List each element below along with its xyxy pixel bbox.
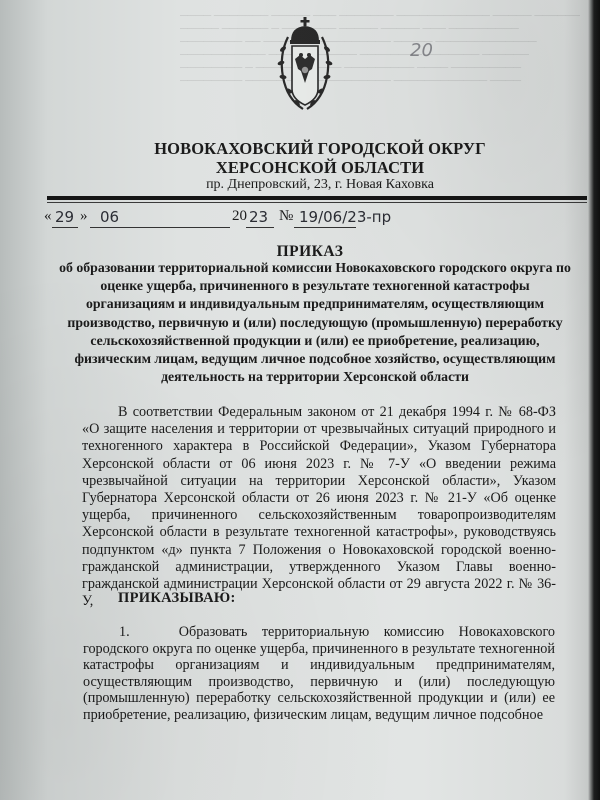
- orders-heading: ПРИКАЗЫВАЮ:: [118, 590, 236, 607]
- date-day: 29: [55, 208, 74, 226]
- org-name-line2: ХЕРСОНСКОЙ ОБЛАСТИ: [60, 158, 580, 177]
- number-label: №: [279, 208, 293, 225]
- header-rule-thin: [47, 202, 587, 203]
- number-underline: [294, 227, 356, 228]
- bleed-through-text: ──── ─────── ───── ─── ─────── ─────────…: [180, 10, 580, 88]
- year-underline: [246, 227, 274, 228]
- date-year-prefix: 20: [232, 208, 247, 225]
- header-rule-thick: [47, 196, 587, 200]
- date-open-quote: «: [44, 208, 52, 225]
- document-page: ──── ─────── ───── ─── ─────── ─────────…: [0, 0, 592, 800]
- order-number: 19/06/23-пр: [299, 208, 391, 226]
- date-close-quote: »: [80, 208, 88, 225]
- order-item-number: 1.: [119, 624, 130, 640]
- document-subtitle: об образовании территориальной комиссии …: [55, 259, 575, 386]
- coat-of-arms-icon: [273, 15, 337, 119]
- org-address: пр. Днепровский, 23, г. Новая Каховка: [60, 177, 580, 193]
- order-item-text: Образовать территориальную комиссию Ново…: [83, 624, 555, 723]
- day-underline: [52, 227, 78, 228]
- handwritten-mark: 20: [410, 40, 450, 70]
- order-item-1: 1. Образовать территориальную комиссию Н…: [83, 624, 555, 724]
- date-year-suffix: 23: [249, 208, 268, 226]
- preamble-paragraph: В соответствии Федеральным законом от 21…: [82, 404, 556, 610]
- date-month: 06: [100, 208, 119, 226]
- org-name-line1: НОВОКАХОВСКИЙ ГОРОДСКОЙ ОКРУГ: [60, 139, 580, 158]
- date-line: « 29 » 06 20 23 № 19/06/23-пр: [44, 206, 464, 230]
- month-underline: [90, 227, 230, 228]
